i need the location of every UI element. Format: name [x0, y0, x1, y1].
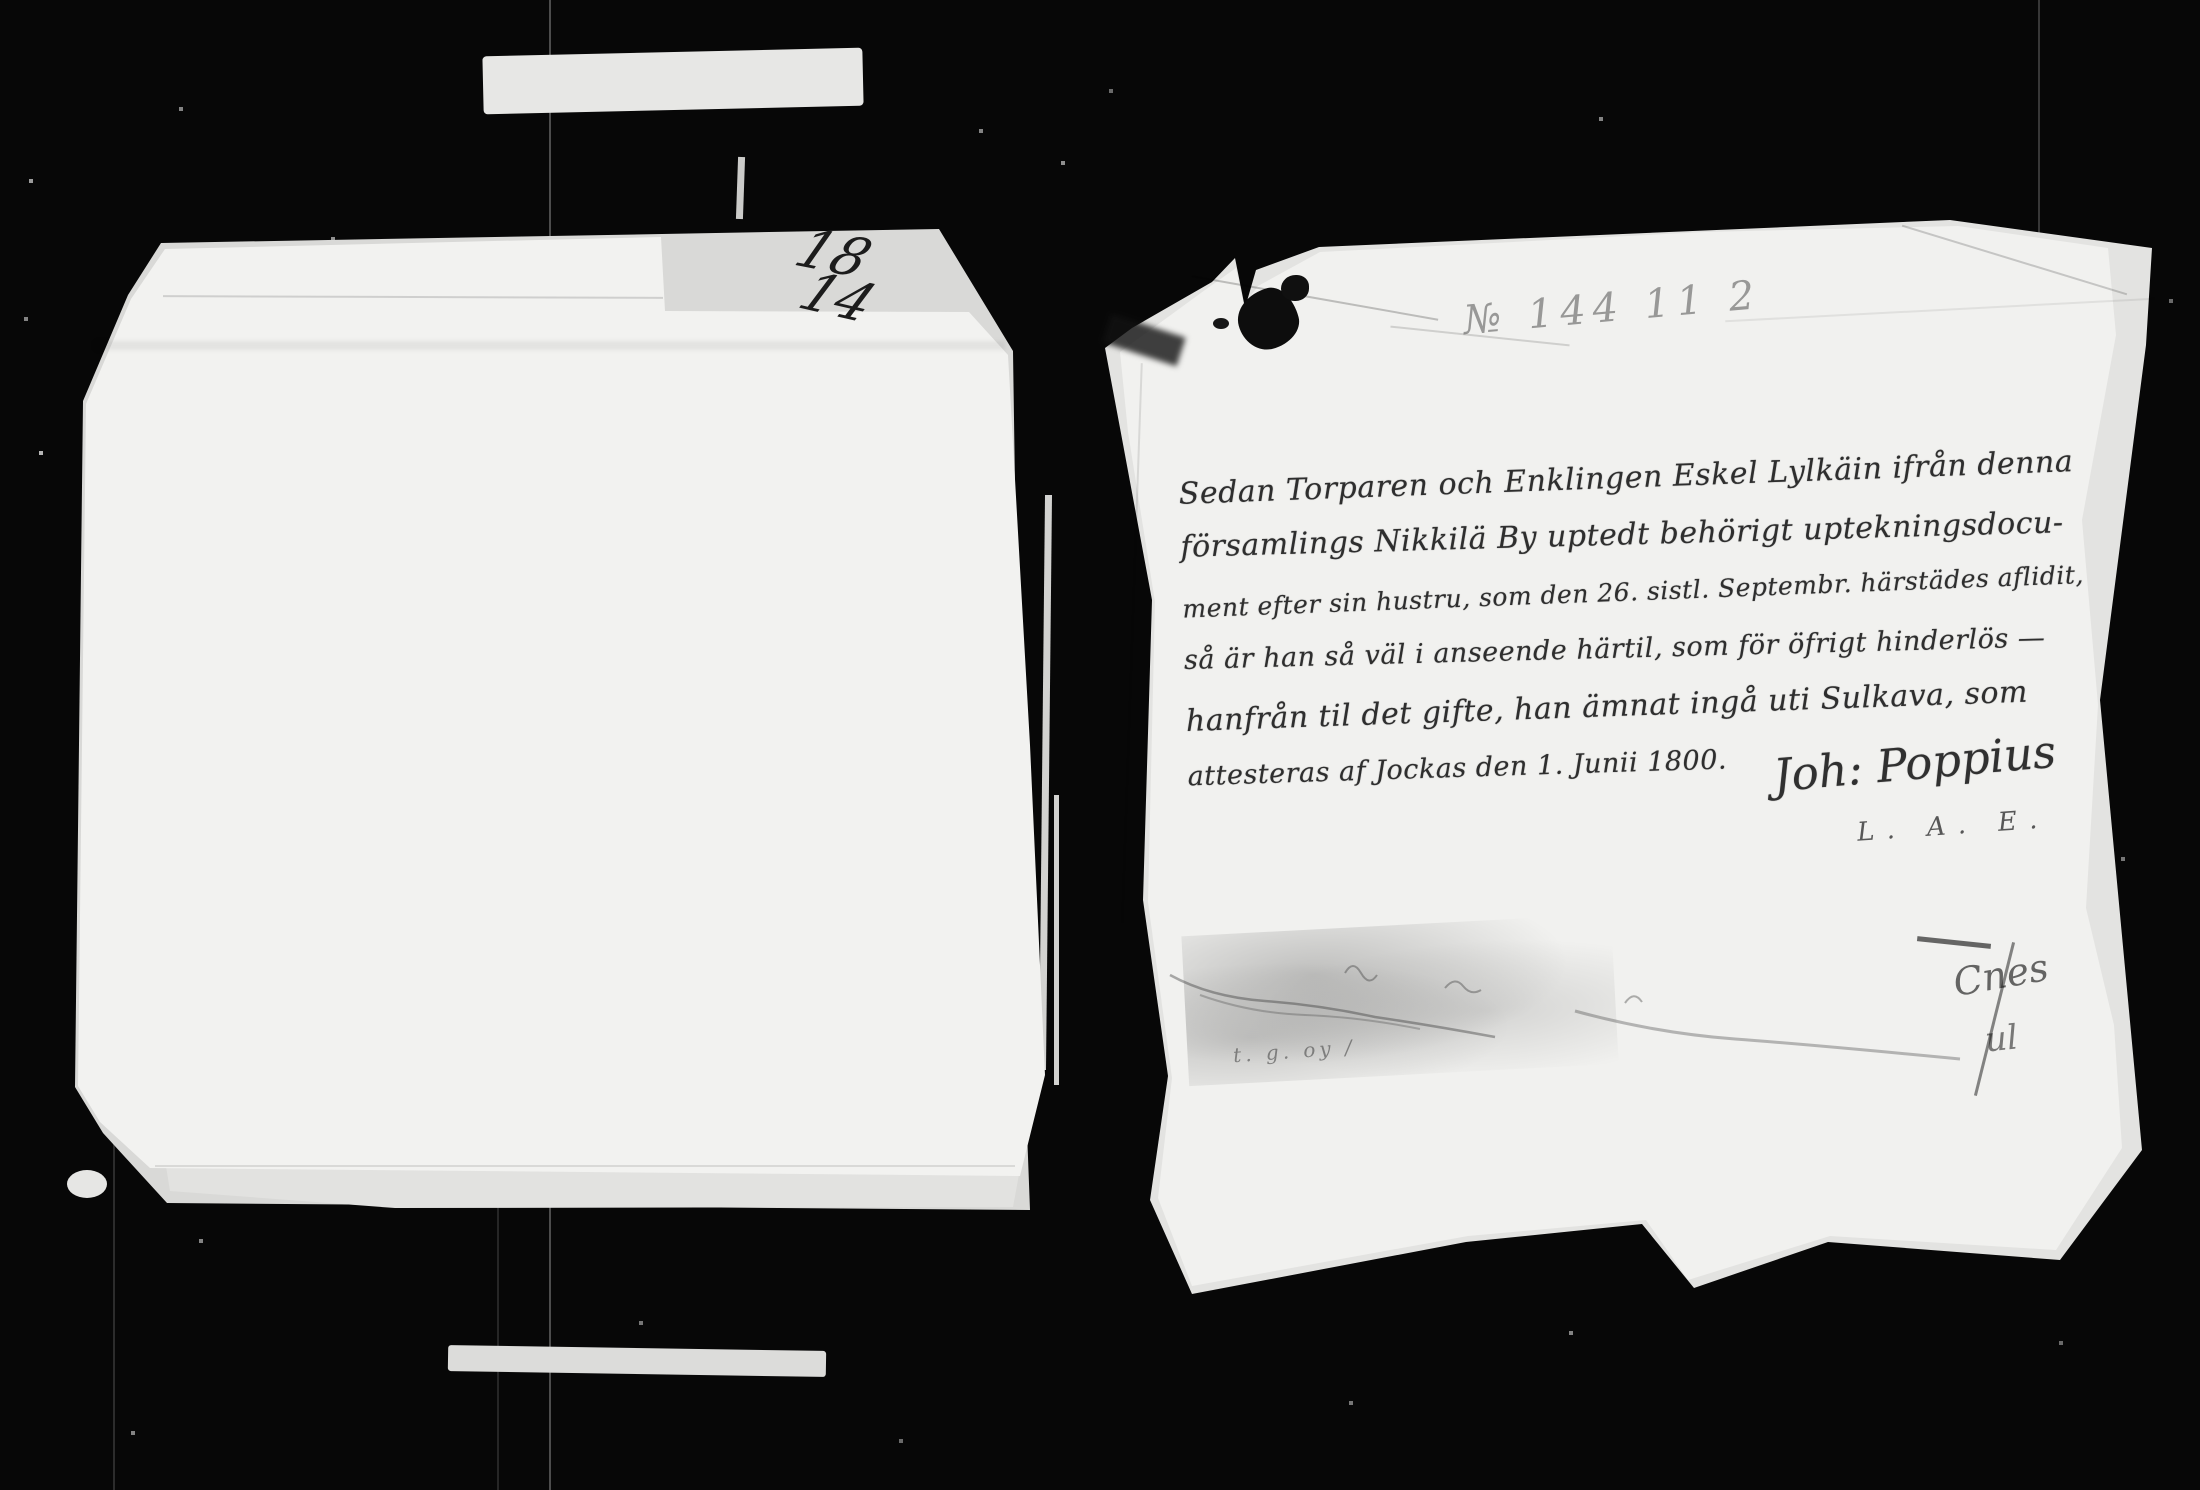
ink-blot: [1213, 318, 1229, 329]
film-marker-bar-bottom: [448, 1345, 826, 1377]
left-main-sheet: [75, 225, 1070, 1220]
left-sheet-smudge: [95, 341, 1005, 350]
film-marker-bar-top: [482, 48, 863, 115]
film-dust-specks: [0, 0, 2, 2]
left-sheet-edge-sliver: [1054, 795, 1059, 1085]
left-document-stack: 18 14: [75, 225, 1070, 1220]
ink-blot: [1281, 275, 1309, 301]
left-sheet-corner-nub: [67, 1170, 107, 1198]
left-sheet-bottom-edge-line: [155, 1165, 1015, 1167]
faded-bleedthrough-scribbles: [1145, 903, 2155, 1123]
left-sheet-edge-sliver: [1039, 495, 1052, 1070]
right-document-stack: № 144 11 2 Sedan Torparen och Enklingen …: [1085, 213, 2165, 1298]
microfilm-scan: { "colors": { "background": "#070707", "…: [0, 0, 2200, 1490]
film-sliver-artifact: [736, 157, 745, 219]
